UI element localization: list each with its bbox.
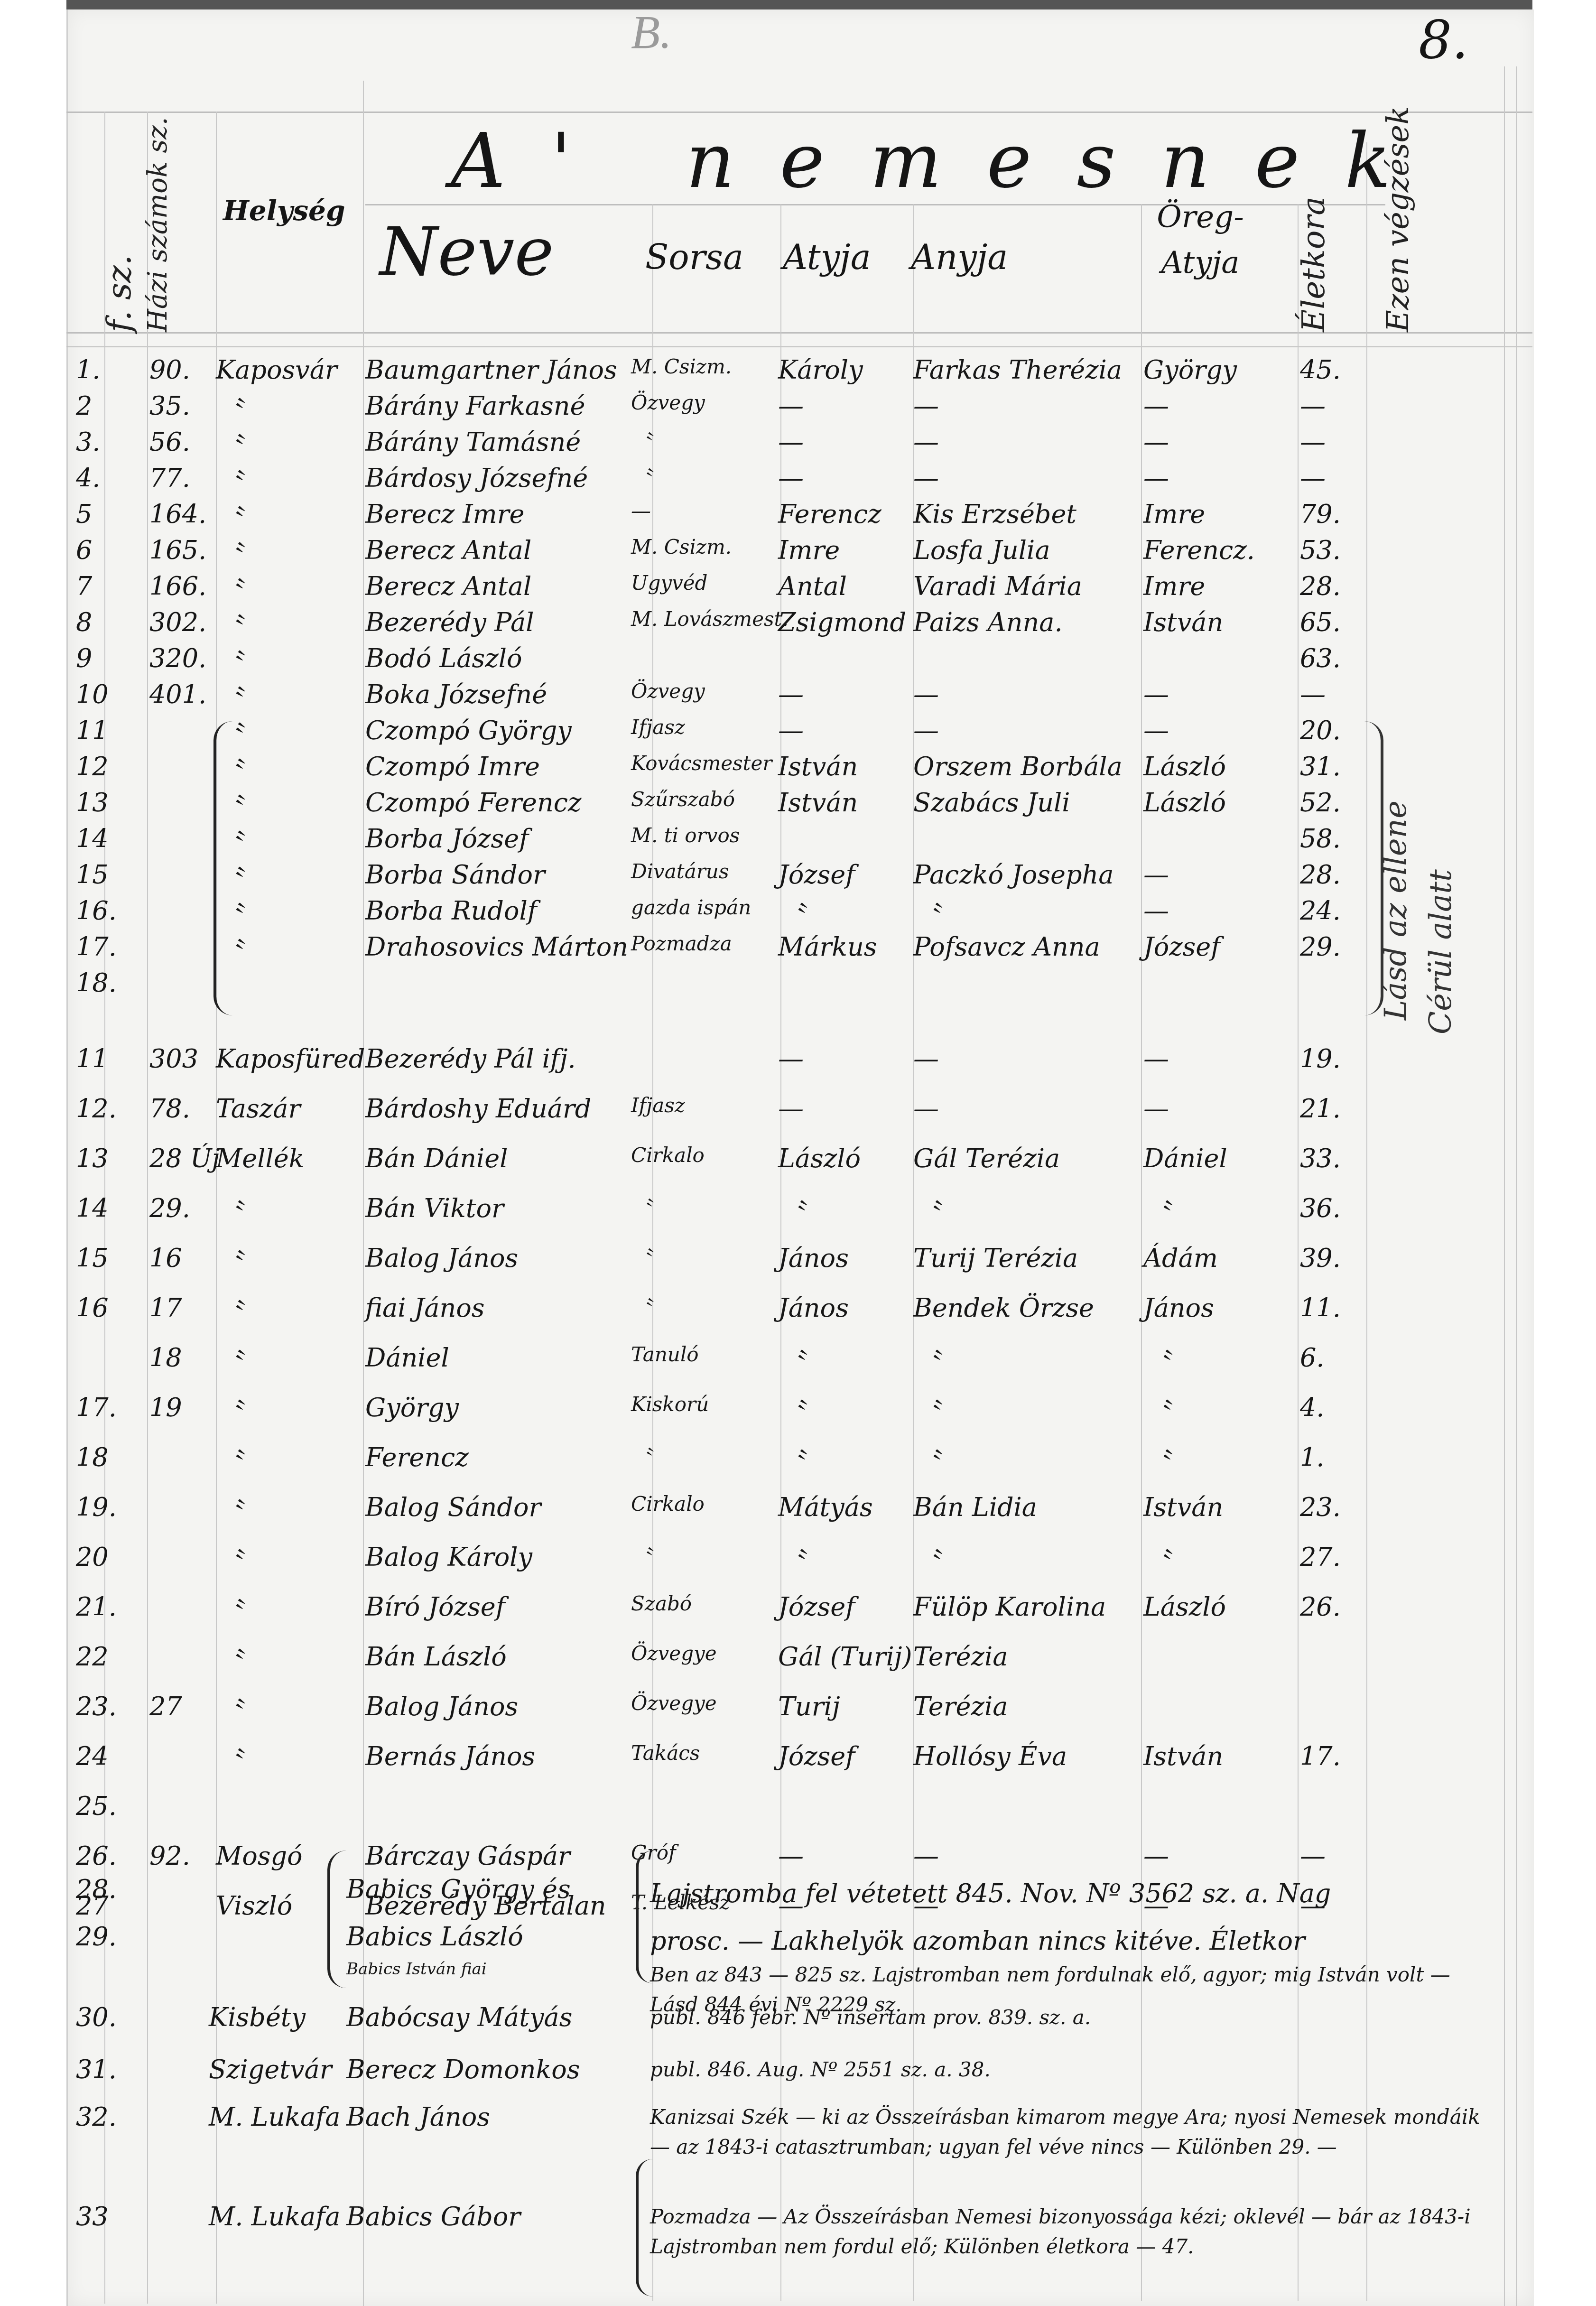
table-row: 1328 ÚjMellékBán DánielCirkaloLászlóGál … [0, 1144, 1596, 1144]
header-grandfather: Öreg-Atyja [1139, 195, 1262, 286]
note-row: 32.M. LukafaBach JánosKanizsai Szék — ki… [0, 2102, 1596, 2102]
cell-mother: 〝 [913, 1442, 939, 1479]
cell-status: Özvegye [631, 1642, 717, 1665]
cell-locality: 〝 [216, 1343, 241, 1379]
cell-name: Borba József [365, 824, 529, 854]
note-row: Babics István fiaiBen az 843 — 825 sz. L… [0, 1960, 1596, 1960]
header-house-no: Házi számok sz. [142, 117, 173, 332]
cell-status: Cirkalo [631, 1144, 705, 1167]
cell-father: János [778, 1243, 849, 1273]
cell-father: Károly [778, 355, 863, 385]
cell-name: Bíró József [365, 1592, 505, 1622]
cell-locality: 〝 [216, 535, 241, 572]
cell-house: 77. [149, 463, 190, 493]
cell-grandfather: László [1143, 788, 1226, 818]
cell-no: 19. [76, 1492, 117, 1522]
table-row: 22〝Bán LászlóÖzvegyeGál (Turij)Terézia [0, 1642, 1596, 1642]
cell-house: 320. [149, 643, 206, 673]
cell-age: 28. [1300, 571, 1341, 601]
cell-father: József [778, 1592, 855, 1622]
cell-locality: 〝 [216, 571, 241, 608]
cell-house: 29. [149, 1193, 190, 1223]
cell-house: 27 [149, 1692, 182, 1721]
note-no: 31. [76, 2055, 117, 2084]
cell-mother: Turij Terézia [913, 1243, 1078, 1273]
cell-no: 12 [76, 752, 109, 781]
cell-status: M. Csizm. [631, 535, 732, 558]
cell-age: — [1300, 391, 1326, 421]
cell-locality: 〝 [216, 1642, 241, 1678]
header-mother: Anyja [911, 237, 1008, 277]
cell-mother: 〝 [913, 1542, 939, 1579]
babics-bracket [327, 1850, 349, 1988]
cell-name: Berecz Antal [365, 571, 531, 601]
table-row: 12.78.TaszárBárdoshy EduárdIfjasz———21. [0, 1094, 1596, 1094]
cell-locality: 〝 [216, 427, 241, 464]
cell-father: Márkus [778, 932, 877, 962]
cell-mother: Terézia [913, 1642, 1008, 1672]
cell-father: — [778, 679, 804, 709]
cell-no: 26. [76, 1841, 117, 1871]
cell-locality: Mosgó [216, 1841, 303, 1871]
cell-mother: 〝 [913, 1343, 939, 1379]
cell-father: 〝 [778, 1442, 804, 1479]
cell-house: 19 [149, 1393, 182, 1423]
cell-father: Antal [778, 571, 847, 601]
cell-mother: Terézia [913, 1692, 1008, 1721]
cell-locality: 〝 [216, 1393, 241, 1429]
cell-locality: 〝 [216, 679, 241, 716]
cell-mother: — [913, 679, 939, 709]
table-row: 23.27〝Balog JánosÖzvegyeTurijTerézia [0, 1692, 1596, 1692]
cell-age: 6. [1300, 1343, 1325, 1373]
cell-father: 〝 [778, 1393, 804, 1429]
cell-age: 21. [1300, 1094, 1341, 1124]
cell-age: — [1300, 463, 1326, 493]
cell-grandfather: Imre [1143, 571, 1205, 601]
cell-age: — [1300, 1841, 1326, 1871]
cell-age: 65. [1300, 607, 1341, 637]
cell-no: 11 [76, 716, 109, 745]
table-row: 235.〝Bárány FarkasnéÖzvegy———— [0, 391, 1596, 391]
cell-grandfather: — [1143, 1044, 1169, 1074]
cell-name: Czompó György [365, 716, 572, 745]
cell-status: Szabó [631, 1592, 692, 1615]
cell-mother: Szabács Juli [913, 788, 1070, 818]
cell-mother: 〝 [913, 1193, 939, 1230]
cell-house: 17 [149, 1293, 182, 1323]
table-row: 8302.〝Bezerédy PálM. Lovászmest.Zsigmond… [0, 607, 1596, 608]
cell-no: 23. [76, 1692, 117, 1721]
cell-name: Dániel [365, 1343, 449, 1373]
cell-father: — [778, 716, 804, 745]
cell-status: Özvegy [631, 679, 705, 703]
cell-grandfather: János [1143, 1293, 1214, 1323]
cell-age: 4. [1300, 1393, 1325, 1423]
cell-name: Bán László [365, 1642, 507, 1672]
header-father: Atyja [783, 237, 871, 277]
cell-name: Borba Sándor [365, 860, 545, 890]
cell-grandfather: — [1143, 1841, 1169, 1871]
cell-father: — [778, 391, 804, 421]
cell-father: János [778, 1293, 849, 1323]
cell-name: Bezerédy Pál ifj. [365, 1044, 576, 1074]
babics-gabor-bracket [636, 2159, 653, 2297]
table-row: 24〝Bernás JánosTakácsJózsefHollósy ÉvaIs… [0, 1741, 1596, 1742]
cell-mother: Pofsavcz Anna [913, 932, 1100, 962]
table-row: 11303KaposfüredBezerédy Pál ifj.———19. [0, 1044, 1596, 1044]
note-note: prosc. — Lakhelyök azomban nincs kitéve.… [650, 1922, 1504, 1960]
babics-note-bracket [636, 1850, 653, 1983]
cell-father: — [778, 1094, 804, 1124]
note-name: Babics Gábor [346, 2202, 520, 2232]
cell-locality: 〝 [216, 463, 241, 500]
cell-age: 63. [1300, 643, 1341, 673]
cell-no: 21. [76, 1592, 117, 1622]
col-line-11 [1504, 66, 1505, 2306]
cell-grandfather: László [1143, 752, 1226, 781]
cell-locality: Kaposvár [216, 355, 337, 385]
cell-age: 39. [1300, 1243, 1341, 1273]
cell-age: — [1300, 679, 1326, 709]
cell-mother: — [913, 463, 939, 493]
cell-age: 79. [1300, 499, 1341, 529]
cell-father: Ferencz [778, 499, 882, 529]
cell-grandfather: László [1143, 1592, 1226, 1622]
cell-mother: Bán Lidia [913, 1492, 1037, 1522]
table-row: 19.〝Balog SándorCirkaloMátyásBán LidiaIs… [0, 1492, 1596, 1493]
note-name: Babócsay Mátyás [346, 2002, 572, 2032]
cell-status: Kiskorú [631, 1393, 709, 1416]
cell-age: 23. [1300, 1492, 1341, 1522]
cell-name: Balog János [365, 1692, 518, 1721]
cell-status: Ifjasz [631, 716, 685, 739]
note-row: 28.Babics György ésLajstromba fel vétete… [0, 1874, 1596, 1875]
cell-no: 24 [76, 1741, 109, 1771]
cell-no: 5 [76, 499, 92, 529]
cell-house: 92. [149, 1841, 190, 1871]
header-remarks: Ezen végzések [1381, 106, 1416, 332]
cell-age: 52. [1300, 788, 1341, 818]
cell-house: 90. [149, 355, 190, 385]
cell-no: 13 [76, 1144, 109, 1173]
cell-age: 27. [1300, 1542, 1341, 1572]
margin-note-line2: Cérül alatt [1423, 869, 1458, 1034]
cell-mother: — [913, 427, 939, 457]
cell-locality: 〝 [216, 1741, 241, 1778]
margin-note-line1: Lásd az ellene [1378, 800, 1413, 1020]
cell-name: Balog Károly [365, 1542, 532, 1572]
note-note: Lajstromba fel vétetett 845. Nov. Nº 356… [650, 1874, 1504, 1913]
cell-father: — [778, 427, 804, 457]
cell-grandfather: — [1143, 716, 1169, 745]
cell-grandfather: István [1143, 607, 1223, 637]
table-row: 1429.〝Bán Viktor〝〝〝〝36. [0, 1193, 1596, 1194]
cell-grandfather: 〝 [1143, 1193, 1169, 1230]
table-row: 20〝Balog Károly〝〝〝〝27. [0, 1542, 1596, 1543]
cell-locality: 〝 [216, 1293, 241, 1330]
cell-name: Bárány Tamásné [365, 427, 581, 457]
table-row: 10401.〝Boka JózsefnéÖzvegy———— [0, 679, 1596, 680]
cell-locality: 〝 [216, 1542, 241, 1579]
table-row: 1617〝fiai János〝JánosBendek ÖrzseJános11… [0, 1293, 1596, 1293]
cell-mother: — [913, 716, 939, 745]
cell-father: Gál (Turij) [778, 1642, 912, 1672]
cell-age: 1. [1300, 1442, 1325, 1472]
note-row: 31.SzigetvárBerecz Domonkospubl. 846. Au… [0, 2055, 1596, 2055]
cell-mother: Paizs Anna. [913, 607, 1063, 637]
cell-no: 14 [76, 1193, 109, 1223]
cell-no: 10 [76, 679, 109, 709]
cell-locality: Kaposfüred [216, 1044, 365, 1074]
note-locality: M. Lukafa [209, 2102, 340, 2132]
cell-mother: — [913, 1094, 939, 1124]
cell-status: Szűrszabó [631, 788, 735, 811]
cell-status: 〝 [631, 1442, 651, 1471]
cell-name: Balog János [365, 1243, 518, 1273]
cell-name: Bárczay Gáspár [365, 1841, 570, 1871]
cell-no: 15 [76, 1243, 109, 1273]
cell-mother: Losfa Julia [913, 535, 1050, 565]
cell-no: 17. [76, 932, 117, 962]
cell-grandfather: István [1143, 1741, 1223, 1771]
cell-grandfather: — [1143, 1094, 1169, 1124]
table-row: 1516〝Balog János〝JánosTurij TeréziaÁdám3… [0, 1243, 1596, 1244]
cell-status: — [631, 499, 651, 522]
cell-status: gazda ispán [631, 896, 751, 919]
cell-grandfather: — [1143, 427, 1169, 457]
cell-house: 302. [149, 607, 206, 637]
cell-house: 164. [149, 499, 206, 529]
cell-mother: 〝 [913, 1393, 939, 1429]
note-note: publ. 846 febr. Nº insertam prov. 839. s… [650, 2002, 1504, 2032]
cell-father: István [778, 752, 858, 781]
cell-grandfather: Dániel [1143, 1144, 1227, 1173]
cell-mother: Fülöp Karolina [913, 1592, 1106, 1622]
cell-mother: — [913, 1044, 939, 1074]
cell-grandfather: Ádám [1143, 1243, 1218, 1273]
cell-no: 12. [76, 1094, 117, 1124]
table-row: 7166.〝Berecz AntalUgyvédAntalVaradi Mári… [0, 571, 1596, 572]
page-title: A' nemesnek [451, 116, 1436, 205]
note-name: Babics István fiai [346, 1960, 487, 1979]
cell-house: 303 [149, 1044, 198, 1074]
cell-status: M. Csizm. [631, 355, 732, 378]
cell-house: 165. [149, 535, 206, 565]
cell-name: Bárdoshy Eduárd [365, 1094, 591, 1124]
cell-grandfather: György [1143, 355, 1237, 385]
top-rule [66, 112, 1532, 113]
cell-no: 3. [76, 427, 101, 457]
cell-name: Berecz Antal [365, 535, 531, 565]
page-number: 8. [1419, 9, 1468, 70]
cell-status: 〝 [631, 463, 651, 492]
table-row: 18〝DánielTanuló〝〝〝6. [0, 1343, 1596, 1343]
cell-status: Ifjasz [631, 1094, 685, 1117]
cell-status: M. ti orvos [631, 824, 740, 847]
table-row: 11〝Czompó GyörgyIfjasz———20. [0, 716, 1596, 716]
cell-status: M. Lovászmest. [631, 607, 789, 631]
cell-name: Bárány Farkasné [365, 391, 585, 421]
cell-locality: 〝 [216, 499, 241, 536]
cell-name: Czompó Imre [365, 752, 540, 781]
cell-mother: Bendek Örzse [913, 1293, 1094, 1323]
cell-father: — [778, 1841, 804, 1871]
cell-no: 7 [76, 571, 92, 601]
cell-house: 16 [149, 1243, 182, 1273]
cell-age: 31. [1300, 752, 1341, 781]
note-row: 29.Babics Lászlóprosc. — Lakhelyök azomb… [0, 1922, 1596, 1922]
cell-status: Takács [631, 1741, 700, 1765]
cell-status: Cirkalo [631, 1492, 705, 1516]
note-note: publ. 846. Aug. Nº 2551 sz. a. 38. [650, 2055, 1504, 2084]
cell-locality: 〝 [216, 643, 241, 680]
cell-mother: — [913, 391, 939, 421]
note-name: Bach János [346, 2102, 490, 2132]
cell-status: 〝 [631, 1193, 651, 1222]
note-row: 33M. LukafaBabics GáborPozmadza — Az Öss… [0, 2202, 1596, 2202]
table-row: 9320.〝Bodó László63. [0, 643, 1596, 644]
cell-name: Bezerédy Pál [365, 607, 534, 637]
note-name: Berecz Domonkos [346, 2055, 580, 2084]
cell-father: József [778, 1741, 855, 1771]
cell-locality: 〝 [216, 1692, 241, 1728]
cell-no: 14 [76, 824, 109, 854]
cell-name: Drahosovics Márton [365, 932, 628, 962]
cell-age: 26. [1300, 1592, 1341, 1622]
col-line-2 [147, 112, 148, 2304]
cell-status: Özvegy [631, 391, 705, 414]
note-note: Pozmadza — Az Összeírásban Nemesi bizony… [650, 2202, 1504, 2261]
cell-no: 18. [76, 968, 117, 998]
cell-no: 16. [76, 896, 117, 926]
note-no: 30. [76, 2002, 117, 2032]
cell-age: 36. [1300, 1193, 1341, 1223]
cell-no: 1. [76, 355, 101, 385]
cell-no: 8 [76, 607, 92, 637]
cell-house: 35. [149, 391, 190, 421]
cell-father: 〝 [778, 1542, 804, 1579]
corner-mark: B. [631, 5, 672, 59]
table-row: 1.90.KaposvárBaumgartner JánosM. Csizm.K… [0, 355, 1596, 355]
cell-name: Bán Dániel [365, 1144, 508, 1173]
cell-name: Bodó László [365, 643, 522, 673]
group-bracket [213, 721, 245, 1015]
cell-house: 56. [149, 427, 190, 457]
cell-father: Zsigmond [778, 607, 906, 637]
col-line-12 [1516, 66, 1517, 2306]
cell-grandfather: József [1143, 932, 1220, 962]
table-row: 18〝Ferencz〝〝〝〝1. [0, 1442, 1596, 1443]
table-row: 17.19〝GyörgyKiskorú〝〝〝4. [0, 1393, 1596, 1393]
cell-mother: Farkas Therézia [913, 355, 1122, 385]
note-no: 28. [76, 1874, 117, 1904]
cell-status: 〝 [631, 1243, 651, 1272]
cell-father: — [778, 1044, 804, 1074]
cell-no: 17. [76, 1393, 117, 1423]
note-locality: M. Lukafa [209, 2202, 340, 2232]
cell-no: 9 [76, 643, 92, 673]
cell-no: 2 [76, 391, 92, 421]
cell-status: 〝 [631, 1542, 651, 1571]
cell-locality: Taszár [216, 1094, 300, 1124]
cell-status: Özvegye [631, 1692, 717, 1715]
cell-age: 58. [1300, 824, 1341, 854]
cell-name: Bán Viktor [365, 1193, 504, 1223]
cell-name: Ferencz [365, 1442, 469, 1472]
note-name: Babics György és [346, 1874, 571, 1904]
cell-mother: Varadi Mária [913, 571, 1082, 601]
cell-father: — [778, 463, 804, 493]
cell-name: Bárdosy Józsefné [365, 463, 588, 493]
header-row-no: f. sz. [100, 255, 139, 332]
cell-name: Baumgartner János [365, 355, 617, 385]
cell-mother: — [913, 1841, 939, 1871]
cell-age: — [1300, 427, 1326, 457]
header-status: Sorsa [645, 237, 743, 277]
cell-name: Boka Józsefné [365, 679, 547, 709]
cell-name: Czompó Ferencz [365, 788, 581, 818]
cell-grandfather: Imre [1143, 499, 1205, 529]
cell-father: Imre [778, 535, 840, 565]
cell-mother: Gál Terézia [913, 1144, 1060, 1173]
cell-father: Mátyás [778, 1492, 873, 1522]
table-row: 6165.〝Berecz AntalM. Csizm.ImreLosfa Jul… [0, 535, 1596, 536]
cell-locality: 〝 [216, 1492, 241, 1529]
header-locality: Helység [223, 195, 345, 227]
cell-grandfather: — [1143, 391, 1169, 421]
cell-no: 6 [76, 535, 92, 565]
note-name: Babics László [346, 1922, 523, 1952]
cell-father: József [778, 860, 855, 890]
header-bottom-rule [66, 332, 1532, 334]
note-locality: Kisbéty [209, 2002, 306, 2032]
note-no: 33 [76, 2202, 109, 2232]
cell-name: Balog Sándor [365, 1492, 541, 1522]
cell-locality: 〝 [216, 1243, 241, 1280]
cell-locality: 〝 [216, 1442, 241, 1479]
cell-age: 17. [1300, 1741, 1341, 1771]
cell-locality: Viszló [216, 1891, 292, 1921]
cell-father: László [778, 1144, 861, 1173]
cell-mother: Hollósy Éva [913, 1741, 1067, 1771]
cell-father: 〝 [778, 896, 804, 932]
table-row: 3.56.〝Bárány Tamásné〝———— [0, 427, 1596, 428]
cell-locality: 〝 [216, 607, 241, 644]
cell-no: 16 [76, 1293, 109, 1323]
cell-father: Turij [778, 1692, 840, 1721]
cell-status: Ugyvéd [631, 571, 707, 595]
cell-status: Tanuló [631, 1343, 699, 1366]
cell-father: 〝 [778, 1343, 804, 1379]
cell-age: 29. [1300, 932, 1341, 962]
note-note: Kanizsai Szék — ki az Összeírásban kimar… [650, 2102, 1504, 2162]
cell-locality: Mellék [216, 1144, 304, 1173]
cell-house: 18 [149, 1343, 182, 1373]
header-age: Életkora [1295, 197, 1332, 333]
cell-no: 22 [76, 1642, 109, 1672]
cell-status: 〝 [631, 1293, 651, 1321]
table-row: 21.〝Bíró JózsefSzabóJózsefFülöp Karolina… [0, 1592, 1596, 1592]
cell-house: 166. [149, 571, 206, 601]
cell-status: Kovácsmester [631, 752, 772, 775]
cell-locality: 〝 [216, 391, 241, 428]
cell-locality: 〝 [216, 1592, 241, 1628]
cell-status: 〝 [631, 427, 651, 456]
table-row: 4.77.〝Bárdosy Józsefné〝———— [0, 463, 1596, 464]
cell-age: 28. [1300, 860, 1341, 890]
cell-no: 15 [76, 860, 109, 890]
